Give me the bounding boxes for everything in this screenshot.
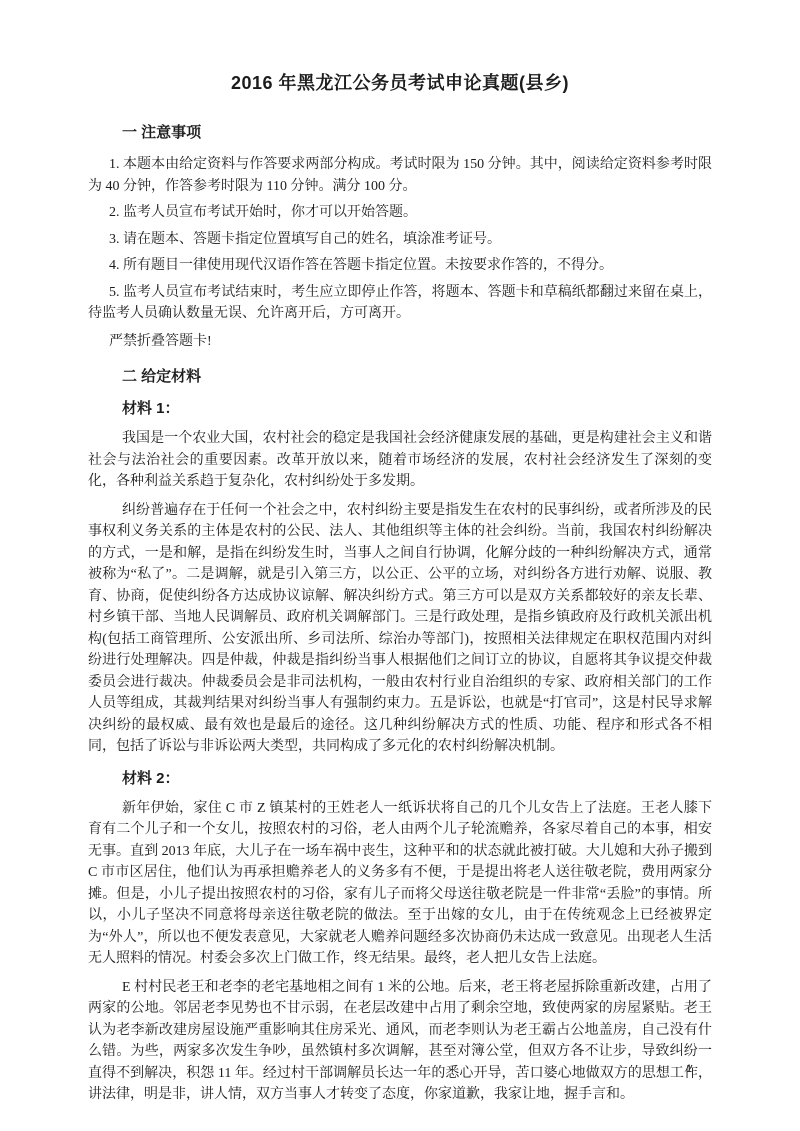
page-number: 1	[686, 1063, 692, 1075]
material-1-label: 材料 1：	[88, 398, 712, 420]
material-1-paragraph-2: 纠纷普遍存在于任何一个社会之中，农村纠纷主要是指发生在农村的民事纠纷，或者所涉及…	[88, 500, 712, 758]
material-1-paragraph-1: 我国是一个农业大国，农村社会的稳定是我国社会经济健康发展的基础，更是构建社会主义…	[88, 428, 712, 493]
section-heading-notice: 一 注意事项	[88, 122, 712, 144]
section-heading-materials: 二 给定材料	[88, 366, 712, 388]
notice-item-4: 4. 所有题目一律使用现代汉语作答在答题卡指定位置。未按要求作答的，不得分。	[88, 255, 712, 277]
material-2-paragraph-1: 新年伊始，家住 C 市 Z 镇某村的王姓老人一纸诉状将自己的几个儿女告上了法庭。…	[88, 798, 712, 970]
notice-item-5: 5. 监考人员宣布考试结束时，考生应立即停止作答，将题本、答题卡和草稿纸都翻过来…	[88, 282, 712, 325]
notice-item-1: 1. 本题本由给定资料与作答要求两部分构成。考试时限为 150 分钟。其中，阅读…	[88, 154, 712, 197]
notice-item-3: 3. 请在题本、答题卡指定位置填写自己的姓名，填涂准考证号。	[88, 229, 712, 251]
page-title: 2016 年黑龙江公务员考试申论真题(县乡)	[88, 70, 712, 96]
document-page: 2016 年黑龙江公务员考试申论真题(县乡) 一 注意事项 1. 本题本由给定资…	[0, 0, 800, 1131]
warning-no-folding-answer-sheet: 严禁折叠答题卡!	[88, 331, 712, 353]
notice-item-2: 2. 监考人员宣布考试开始时，你才可以开始答题。	[88, 202, 712, 224]
material-2-label: 材料 2：	[88, 768, 712, 790]
material-2-paragraph-2: E 村村民老王和老李的老宅基地相之间有 1 米的公地。后来，老王将老屋拆除重新改…	[88, 977, 712, 1106]
